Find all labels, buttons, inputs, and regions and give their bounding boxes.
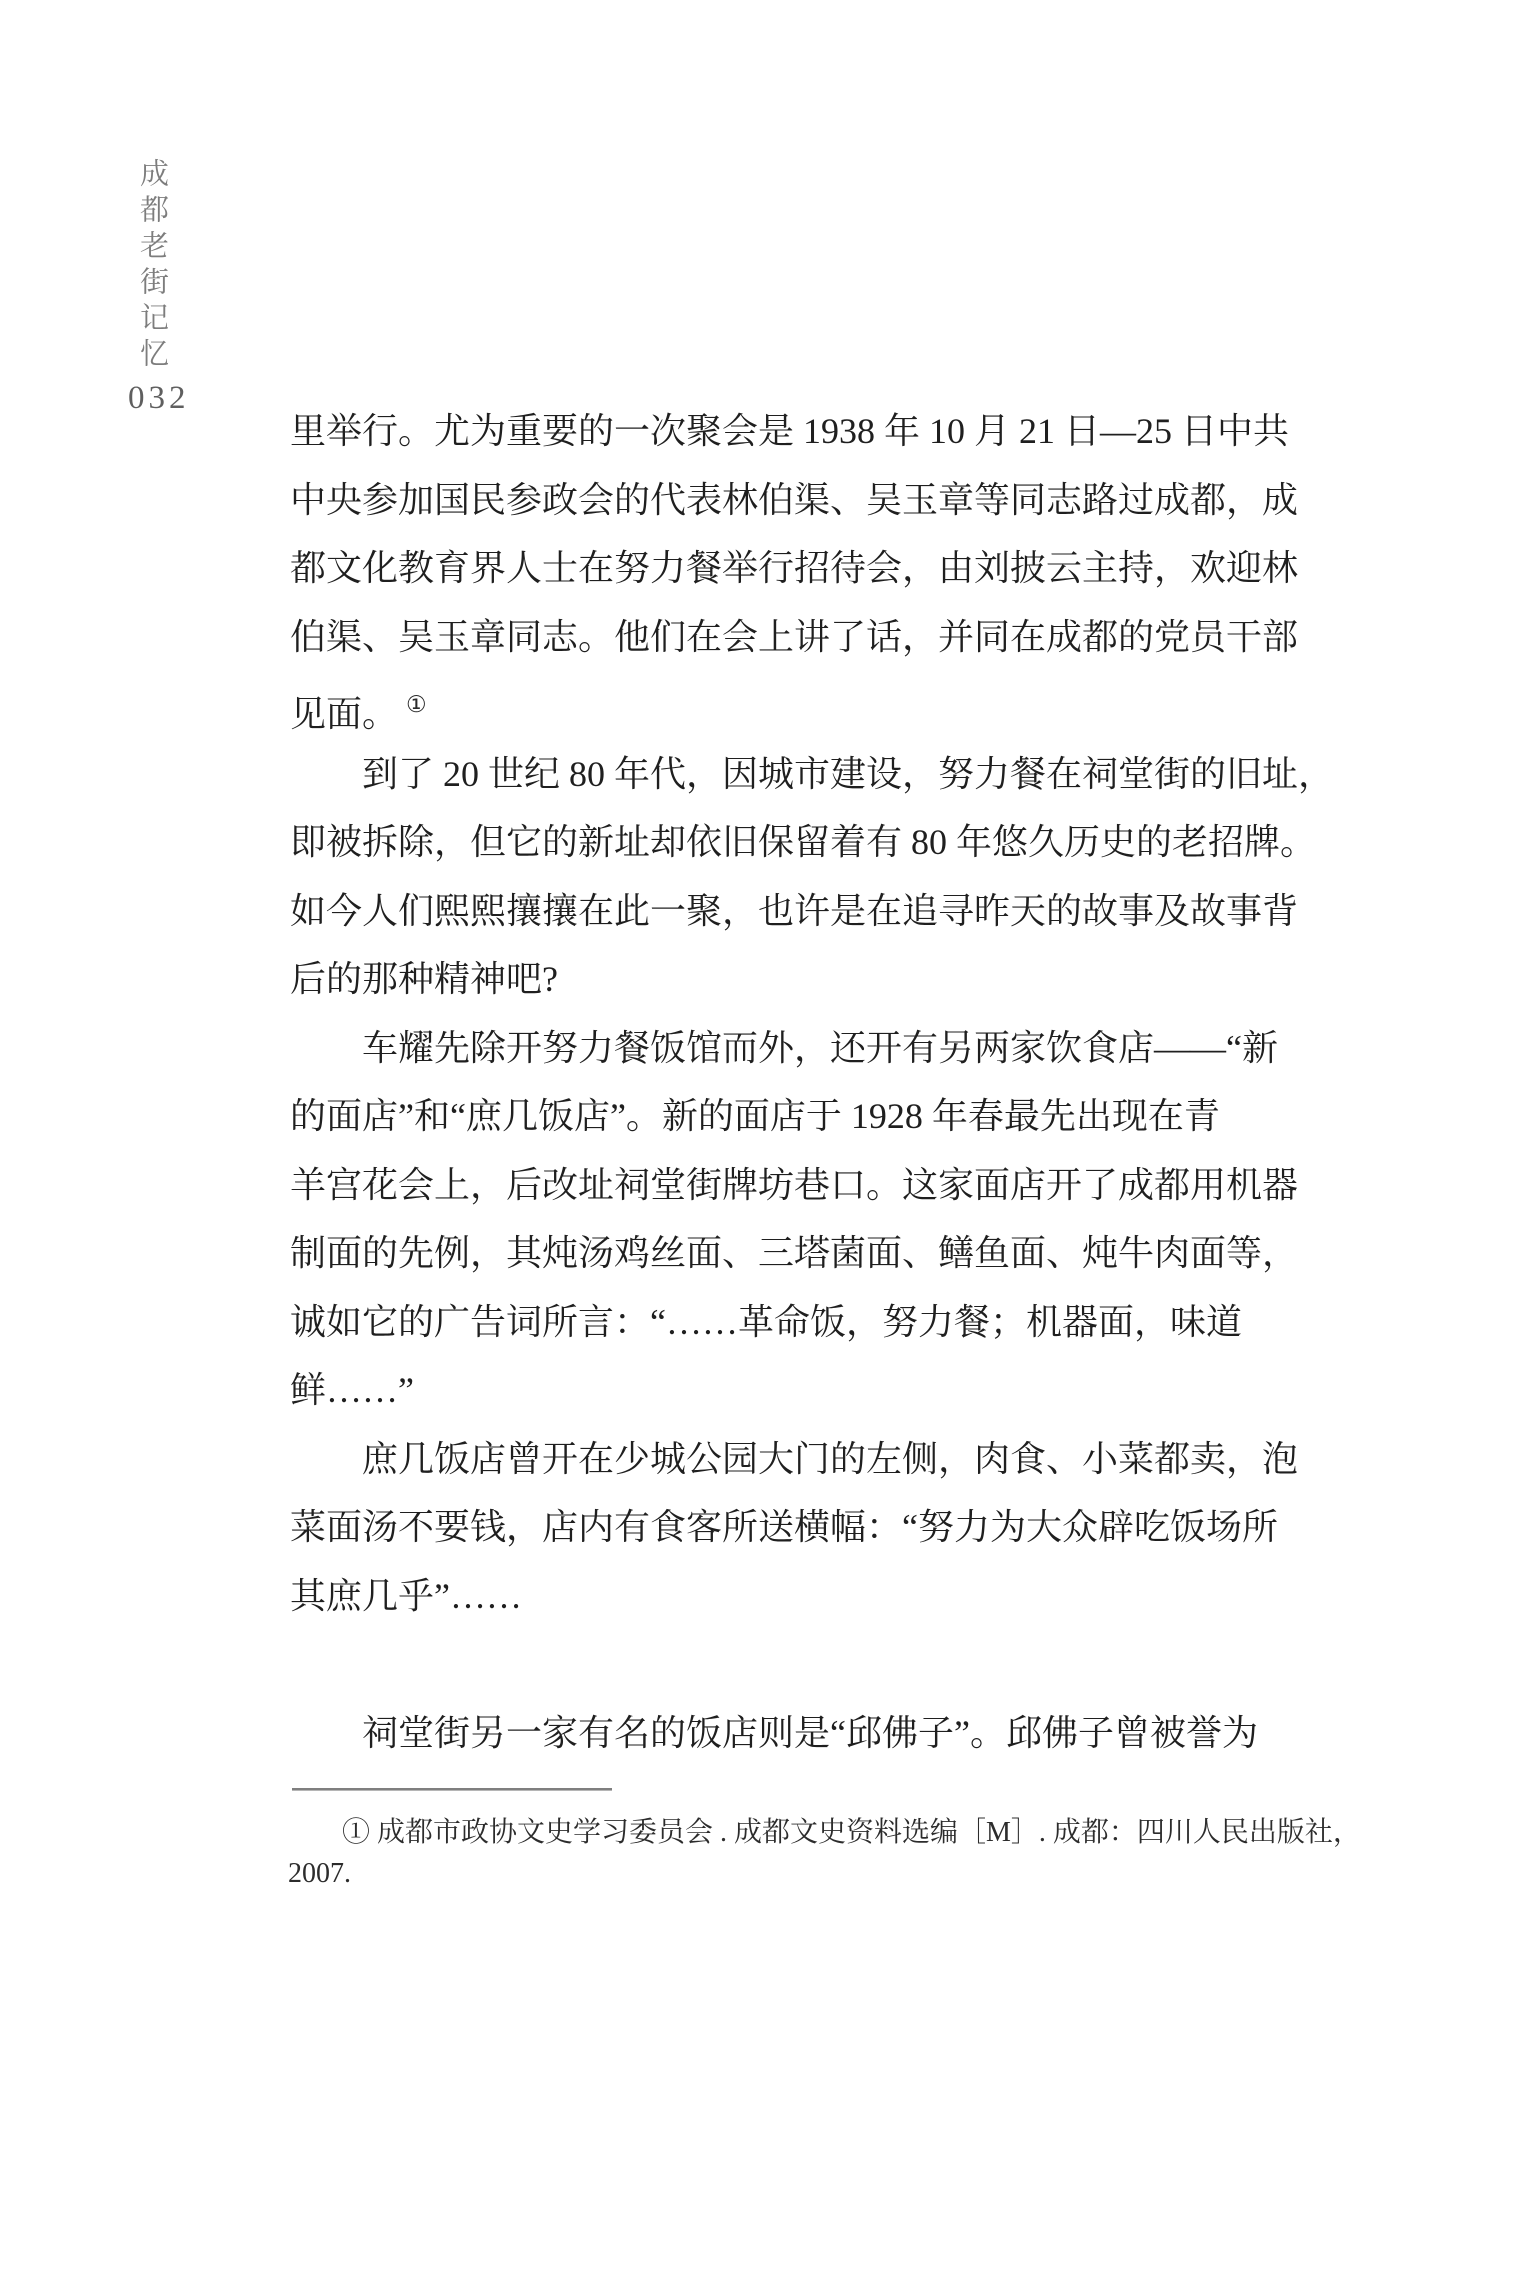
footnote-line: ① 成都市政协文史学习委员会 . 成都文史资料选编［M］. 成都：四川人民出版社… — [288, 1812, 1328, 1853]
text-line: 后的那种精神吧? — [290, 945, 1300, 1014]
text-line: 其庶几乎”…… — [290, 1562, 1300, 1631]
text-line: 中央参加国民参政会的代表林伯渠、吴玉章等同志路过成都，成 — [290, 466, 1300, 535]
footnote-marker: ① — [342, 1817, 370, 1848]
text-line: 羊宫花会上，后改址祠堂街牌坊巷口。这家面店开了成都用机器 — [290, 1151, 1300, 1220]
paragraph: 庶几饭店曾开在少城公园大门的左侧，肉食、小菜都卖，泡菜面汤不要钱，店内有食客所送… — [290, 1425, 1300, 1631]
text-line: 庶几饭店曾开在少城公园大门的左侧，肉食、小菜都卖，泡 — [290, 1425, 1300, 1494]
page-number: 032 — [128, 380, 190, 417]
footnote-text: 成都市政协文史学习委员会 . 成都文史资料选编［M］. 成都：四川人民出版社， — [377, 1817, 1361, 1848]
text-line: 制面的先例，其炖汤鸡丝面、三塔菌面、鳝鱼面、炖牛肉面等， — [290, 1219, 1300, 1288]
text-line: 都文化教育界人士在努力餐举行招待会，由刘披云主持，欢迎林 — [290, 534, 1300, 603]
footnote-separator — [292, 1788, 612, 1791]
text-line: 祠堂街另一家有名的饭店则是“邱佛子”。邱佛子曾被誉为 — [290, 1699, 1300, 1768]
text-line: 见面。① — [290, 671, 1300, 740]
text-line: 即被拆除，但它的新址却依旧保留着有 80 年悠久历史的老招牌。 — [290, 808, 1300, 877]
text-line: 如今人们熙熙攘攘在此一聚，也许是在追寻昨天的故事及故事背 — [290, 877, 1300, 946]
text-line: 诚如它的广告词所言：“……革命饭，努力餐；机器面，味道 — [290, 1288, 1300, 1357]
text-line: 车耀先除开努力餐饭馆而外，还开有另两家饮食店——“新 — [290, 1014, 1300, 1083]
paragraph: 里举行。尤为重要的一次聚会是 1938 年 10 月 21 日—25 日中共中央… — [290, 397, 1300, 740]
body-text: 里举行。尤为重要的一次聚会是 1938 年 10 月 21 日—25 日中共中央… — [290, 397, 1300, 1767]
book-side-title: 成都老街记忆 — [132, 158, 173, 374]
paragraph: 到了 20 世纪 80 年代，因城市建设，努力餐在祠堂街的旧址，即被拆除，但它的… — [290, 740, 1300, 1014]
footnote-line: 2007. — [288, 1853, 1328, 1894]
footnote-ref: ① — [406, 692, 427, 717]
book-page: 成都老街记忆 032 里举行。尤为重要的一次聚会是 1938 年 10 月 21… — [0, 0, 1536, 2278]
text-line: 伯渠、吴玉章同志。他们在会上讲了话，并同在成都的党员干部 — [290, 603, 1300, 672]
text-line: 到了 20 世纪 80 年代，因城市建设，努力餐在祠堂街的旧址， — [290, 740, 1300, 809]
paragraph: 车耀先除开努力餐饭馆而外，还开有另两家饮食店——“新的面店”和“庶几饭店”。新的… — [290, 1014, 1300, 1425]
text-line: 菜面汤不要钱，店内有食客所送横幅：“努力为大众辟吃饭场所 — [290, 1493, 1300, 1562]
text-line: 鲜……” — [290, 1356, 1300, 1425]
text-line: 的面店”和“庶几饭店”。新的面店于 1928 年春最先出现在青 — [290, 1082, 1300, 1151]
footnote: ① 成都市政协文史学习委员会 . 成都文史资料选编［M］. 成都：四川人民出版社… — [288, 1812, 1328, 1894]
paragraph: 祠堂街另一家有名的饭店则是“邱佛子”。邱佛子曾被誉为 — [290, 1699, 1300, 1768]
text-line: 里举行。尤为重要的一次聚会是 1938 年 10 月 21 日—25 日中共 — [290, 397, 1300, 466]
